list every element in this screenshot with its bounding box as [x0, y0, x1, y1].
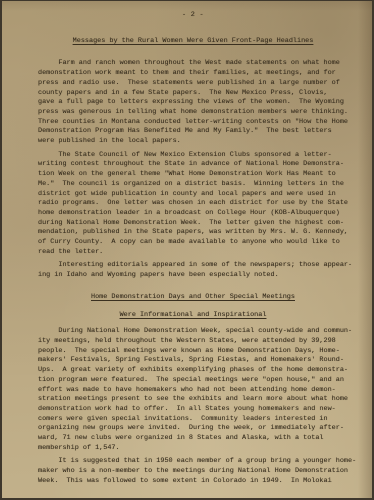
- paragraph-farm-ranch-women: Farm and ranch women throughout the West…: [38, 59, 348, 146]
- paragraph-1950-suggestion: It is suggested that in 1950 each member…: [38, 457, 348, 486]
- page-content: - 2 - Messages by the Rural Women Were G…: [38, 11, 348, 487]
- page-number: - 2 -: [38, 11, 348, 21]
- paragraph-editorials: Interesting editorials appeared in some …: [38, 261, 348, 280]
- section-heading-messages: Messages by the Rural Women Were Given F…: [38, 37, 348, 47]
- document-page: - 2 - Messages by the Rural Women Were G…: [0, 0, 374, 500]
- paragraph-national-week-meetings: During National Home Demonstration Week,…: [38, 327, 348, 453]
- section-heading-demonstration-days-line1: Home Demonstration Days and Other Specia…: [38, 293, 348, 303]
- paragraph-state-council: The State Council of New Mexico Extensio…: [38, 151, 348, 258]
- section-heading-demonstration-days-line2: Were Informational and Inspirational: [38, 311, 348, 321]
